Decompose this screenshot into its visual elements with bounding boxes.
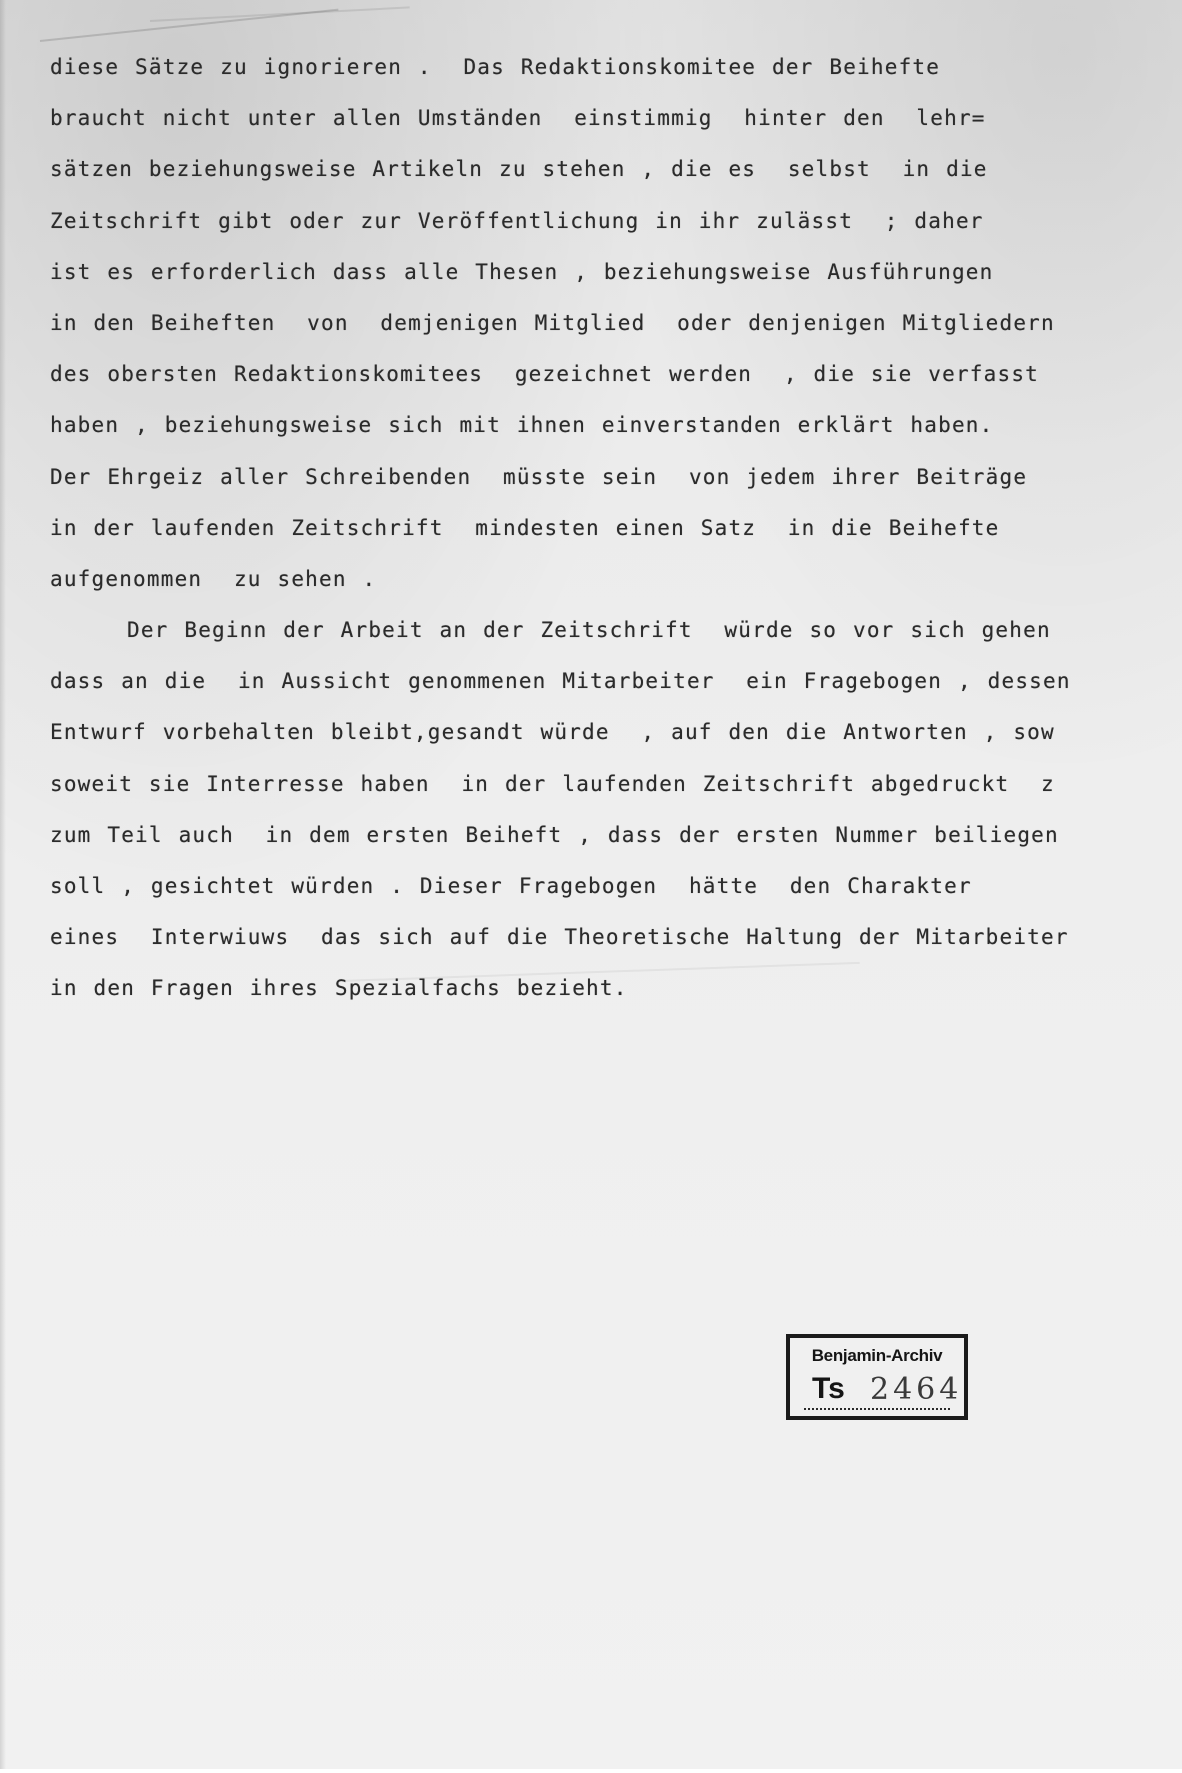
text-line: braucht nicht unter allen Umständen eins…: [50, 93, 1182, 144]
text-line: Entwurf vorbehalten bleibt,gesandt würde…: [50, 707, 1182, 758]
text-line: eines Interwiuws das sich auf die Theore…: [50, 912, 1182, 963]
stamp-number: 2464: [870, 1372, 962, 1407]
text-line: sätzen beziehungsweise Artikeln zu stehe…: [50, 144, 1182, 195]
paragraph-start-line: Der Beginn der Arbeit an der Zeitschrift…: [50, 605, 1182, 656]
text-line: Der Ehrgeiz aller Schreibenden müsste se…: [50, 452, 1182, 503]
text-line: zum Teil auch in dem ersten Beiheft , da…: [50, 810, 1182, 861]
page-edge-shadow: [0, 0, 6, 1773]
typescript-body: diese Sätze zu ignorieren . Das Redaktio…: [50, 42, 1182, 1015]
paper-crease: [150, 6, 410, 22]
text-line: Zeitschrift gibt oder zur Veröffentlichu…: [50, 196, 1182, 247]
stamp-code: Ts: [812, 1372, 845, 1406]
text-line: diese Sätze zu ignorieren . Das Redaktio…: [50, 42, 1182, 93]
page-bottom-edge: [0, 1769, 1182, 1773]
text-line: in den Fragen ihres Spezialfachs bezieht…: [50, 963, 1182, 1014]
text-line: dass an die in Aussicht genommenen Mitar…: [50, 656, 1182, 707]
text-line: aufgenommen zu sehen .: [50, 554, 1182, 605]
text-line: haben , beziehungsweise sich mit ihnen e…: [50, 400, 1182, 451]
archive-stamp: Benjamin-Archiv Ts 2464: [786, 1334, 968, 1420]
text-line: in den Beiheften von demjenigen Mitglied…: [50, 298, 1182, 349]
text-line: in der laufenden Zeitschrift mindesten e…: [50, 503, 1182, 554]
text-line: soll , gesichtet würden . Dieser Fragebo…: [50, 861, 1182, 912]
document-page: diese Sätze zu ignorieren . Das Redaktio…: [0, 0, 1182, 1773]
text-line: soweit sie Interresse haben in der laufe…: [50, 759, 1182, 810]
stamp-title: Benjamin-Archiv: [790, 1346, 964, 1366]
text-line: des obersten Redaktionskomitees gezeichn…: [50, 349, 1182, 400]
text-line: ist es erforderlich dass alle Thesen , b…: [50, 247, 1182, 298]
stamp-underline: [804, 1408, 950, 1410]
